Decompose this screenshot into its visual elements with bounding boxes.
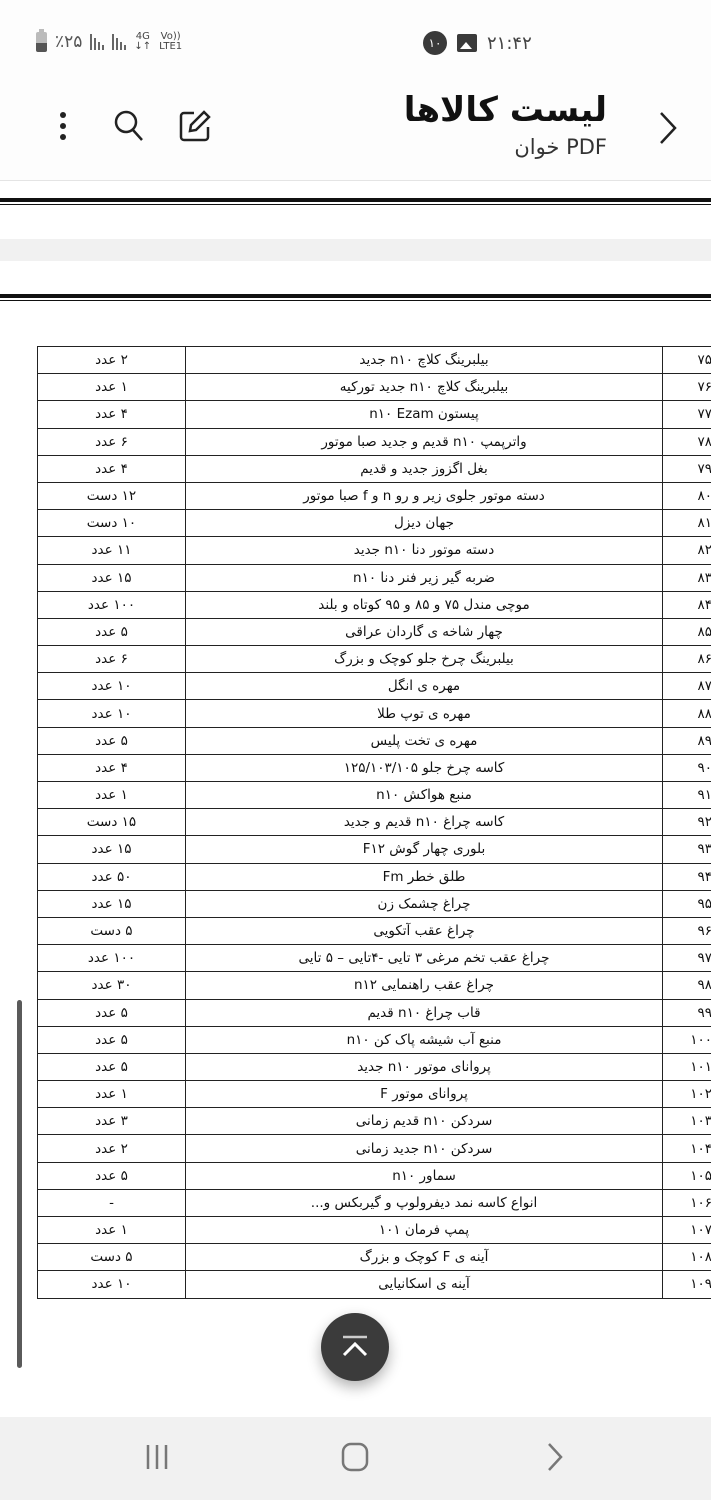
recents-button[interactable]	[132, 1437, 182, 1477]
item-description-cell: بیلبرینگ چرخ جلو کوچک و بزرگ	[186, 646, 663, 673]
quantity-cell: ۱ عدد	[38, 1217, 186, 1244]
row-number-cell: ۱۰۵	[663, 1162, 711, 1189]
item-description-cell: چراغ عقب تخم مرغی ۳ تایی -۴تایی – ۵ تایی	[186, 945, 663, 972]
search-button[interactable]	[112, 106, 146, 146]
signal-icon-2	[112, 34, 126, 50]
item-description-cell: بیلبرینگ کلاچ n۱۰ جدید	[186, 347, 663, 374]
item-description-cell: مهره ی انگل	[186, 673, 663, 700]
quantity-cell: ۴ عدد	[38, 754, 186, 781]
page-gap	[0, 239, 711, 261]
search-icon	[113, 109, 145, 143]
quantity-cell: ۶ عدد	[38, 428, 186, 455]
back-button[interactable]	[653, 108, 683, 148]
item-description-cell: سردکن n۱۰ جدید زمانی	[186, 1135, 663, 1162]
table-row: ۸۸مهره ی توپ طلا۱۰ عدد	[38, 700, 711, 727]
quantity-cell: ۱۲ دست	[38, 482, 186, 509]
row-number-cell: ۹۸	[663, 972, 711, 999]
title-block: لیست کالاها PDF خوان	[404, 88, 607, 162]
app-subtitle: PDF خوان	[404, 132, 607, 162]
table-row: ۷۶بیلبرینگ کلاچ n۱۰ جدید تورکیه۱ عدد	[38, 374, 711, 401]
page-divider-bottom	[0, 294, 711, 301]
system-nav-bar	[0, 1417, 711, 1500]
quantity-cell: ۶ عدد	[38, 646, 186, 673]
scroll-to-top-icon	[340, 1334, 370, 1360]
row-number-cell: ۸۳	[663, 564, 711, 591]
home-icon	[340, 1442, 370, 1472]
table-row: ۱۰۹آینه ی اسکانیایی۱۰ عدد	[38, 1271, 711, 1298]
quantity-cell: ۲ عدد	[38, 347, 186, 374]
item-description-cell: جهان دیزل	[186, 510, 663, 537]
row-number-cell: ۸۶	[663, 646, 711, 673]
item-description-cell: سردکن n۱۰ قدیم زمانی	[186, 1108, 663, 1135]
page-title: لیست کالاها	[404, 88, 607, 132]
table-row: ۱۰۸آینه ی F کوچک و بزرگ۵ دست	[38, 1244, 711, 1271]
quantity-cell: ۱ عدد	[38, 782, 186, 809]
table-row: ۸۳ضربه گیر زیر فنر دنا n۱۰۱۵ عدد	[38, 564, 711, 591]
table-row: ۸۹مهره ی تخت پلیس۵ عدد	[38, 727, 711, 754]
battery-icon	[36, 32, 47, 52]
page-divider-top	[0, 198, 711, 205]
table-row: ۹۴طلق خطر Fm۵۰ عدد	[38, 863, 711, 890]
goods-table-container: ۷۵بیلبرینگ کلاچ n۱۰ جدید۲ عدد۷۶بیلبرینگ …	[37, 346, 711, 1299]
item-description-cell: پمپ فرمان ۱۰۱	[186, 1217, 663, 1244]
row-number-cell: ۹۰	[663, 754, 711, 781]
row-number-cell: ۹۹	[663, 999, 711, 1026]
table-row: ۷۸واترپمپ n۱۰ قدیم و جدید صبا موتور۶ عدد	[38, 428, 711, 455]
row-number-cell: ۱۰۳	[663, 1108, 711, 1135]
quantity-cell: ۵ عدد	[38, 1162, 186, 1189]
scroll-to-top-button[interactable]	[321, 1313, 389, 1381]
quantity-cell: ۵ دست	[38, 917, 186, 944]
quantity-cell: -	[38, 1189, 186, 1216]
item-description-cell: پروانای موتور n۱۰ جدید	[186, 1053, 663, 1080]
table-row: ۱۰۵سماور n۱۰۵ عدد	[38, 1162, 711, 1189]
table-row: ۹۶چراغ عقب آتکویی۵ دست	[38, 917, 711, 944]
quantity-cell: ۵ عدد	[38, 1026, 186, 1053]
item-description-cell: چهار شاخه ی گاردان عراقی	[186, 618, 663, 645]
row-number-cell: ۱۰۱	[663, 1053, 711, 1080]
row-number-cell: ۹۵	[663, 890, 711, 917]
table-row: ۱۰۰منبع آب شیشه پاک کن n۱۰۵ عدد	[38, 1026, 711, 1053]
quantity-cell: ۱۰ عدد	[38, 700, 186, 727]
recents-icon	[143, 1443, 171, 1471]
row-number-cell: ۱۰۸	[663, 1244, 711, 1271]
quantity-cell: ۲ عدد	[38, 1135, 186, 1162]
quantity-cell: ۴ عدد	[38, 401, 186, 428]
signal-icon	[90, 34, 104, 50]
row-number-cell: ۹۱	[663, 782, 711, 809]
quantity-cell: ۱ عدد	[38, 374, 186, 401]
quantity-cell: ۱۵ عدد	[38, 890, 186, 917]
toolbar-actions	[46, 106, 212, 146]
table-row: ۸۱جهان دیزل۱۰ دست	[38, 510, 711, 537]
item-description-cell: منبع آب شیشه پاک کن n۱۰	[186, 1026, 663, 1053]
row-number-cell: ۹۲	[663, 809, 711, 836]
row-number-cell: ۸۵	[663, 618, 711, 645]
quantity-cell: ۴ عدد	[38, 455, 186, 482]
quantity-cell: ۵ عدد	[38, 999, 186, 1026]
table-row: ۸۷مهره ی انگل۱۰ عدد	[38, 673, 711, 700]
row-number-cell: ۷۸	[663, 428, 711, 455]
table-row: ۹۸چراغ عقب راهنمایی n۱۲۳۰ عدد	[38, 972, 711, 999]
row-number-cell: ۸۴	[663, 591, 711, 618]
table-row: ۸۶بیلبرینگ چرخ جلو کوچک و بزرگ۶ عدد	[38, 646, 711, 673]
table-row: ۷۵بیلبرینگ کلاچ n۱۰ جدید۲ عدد	[38, 347, 711, 374]
back-nav-button[interactable]	[530, 1437, 580, 1477]
row-number-cell: ۹۷	[663, 945, 711, 972]
item-description-cell: بیلبرینگ کلاچ n۱۰ جدید تورکیه	[186, 374, 663, 401]
row-number-cell: ۸۲	[663, 537, 711, 564]
notification-badge: ۱۰	[423, 31, 447, 55]
back-icon	[545, 1442, 565, 1472]
goods-table: ۷۵بیلبرینگ کلاچ n۱۰ جدید۲ عدد۷۶بیلبرینگ …	[37, 346, 711, 1299]
row-number-cell: ۸۱	[663, 510, 711, 537]
quantity-cell: ۱۱ عدد	[38, 537, 186, 564]
table-row: ۹۰کاسه چرخ جلو ۱۲۵/۱۰۳/۱۰۵۴ عدد	[38, 754, 711, 781]
row-number-cell: ۱۰۹	[663, 1271, 711, 1298]
quantity-cell: ۱ عدد	[38, 1081, 186, 1108]
row-number-cell: ۱۰۷	[663, 1217, 711, 1244]
item-description-cell: کاسه چرخ جلو ۱۲۵/۱۰۳/۱۰۵	[186, 754, 663, 781]
quantity-cell: ۳۰ عدد	[38, 972, 186, 999]
status-left: ٪۲۵ 4G↓↑ Vo))LTE1	[36, 32, 182, 52]
table-row: ۹۳بلوری چهار گوش F۱۲۱۵ عدد	[38, 836, 711, 863]
row-number-cell: ۸۸	[663, 700, 711, 727]
network-type: 4G↓↑	[134, 32, 151, 52]
quantity-cell: ۱۵ عدد	[38, 836, 186, 863]
quantity-cell: ۱۰۰ عدد	[38, 945, 186, 972]
clock: ۲۱:۴۲	[487, 33, 532, 54]
chevron-right-icon	[657, 110, 679, 146]
quantity-cell: ۱۰۰ عدد	[38, 591, 186, 618]
quantity-cell: ۵ عدد	[38, 618, 186, 645]
quantity-cell: ۱۰ عدد	[38, 1271, 186, 1298]
status-right: ۱۰ ۲۱:۴۲	[423, 31, 532, 55]
item-description-cell: آینه ی اسکانیایی	[186, 1271, 663, 1298]
table-row: ۹۹قاب چراغ n۱۰ قدیم۵ عدد	[38, 999, 711, 1026]
status-bar: ٪۲۵ 4G↓↑ Vo))LTE1 ۱۰ ۲۱:۴۲	[0, 0, 711, 86]
item-description-cell: طلق خطر Fm	[186, 863, 663, 890]
row-number-cell: ۱۰۶	[663, 1189, 711, 1216]
table-row: ۱۰۷پمپ فرمان ۱۰۱۱ عدد	[38, 1217, 711, 1244]
quantity-cell: ۵ دست	[38, 1244, 186, 1271]
item-description-cell: انواع کاسه نمد دیفرولوپ و گیربکس و...	[186, 1189, 663, 1216]
table-row: ۸۴موچی مندل ۷۵ و ۸۵ و ۹۵ کوتاه و بلند۱۰۰…	[38, 591, 711, 618]
item-description-cell: بغل اگزوز جدید و قدیم	[186, 455, 663, 482]
table-row: ۸۰دسته موتور جلوی زیر و رو n و f صبا موت…	[38, 482, 711, 509]
table-row: ۱۰۲پروانای موتور F۱ عدد	[38, 1081, 711, 1108]
table-row: ۹۷چراغ عقب تخم مرغی ۳ تایی -۴تایی – ۵ تا…	[38, 945, 711, 972]
app-bar: لیست کالاها PDF خوان	[0, 86, 711, 181]
row-number-cell: ۹۴	[663, 863, 711, 890]
row-number-cell: ۷۷	[663, 401, 711, 428]
item-description-cell: دسته موتور دنا n۱۰ جدید	[186, 537, 663, 564]
item-description-cell: بلوری چهار گوش F۱۲	[186, 836, 663, 863]
item-description-cell: سماور n۱۰	[186, 1162, 663, 1189]
row-number-cell: ۹۳	[663, 836, 711, 863]
home-button[interactable]	[330, 1437, 380, 1477]
scrollbar-thumb[interactable]	[17, 1000, 22, 1368]
table-row: ۱۰۱پروانای موتور n۱۰ جدید۵ عدد	[38, 1053, 711, 1080]
item-description-cell: چراغ عقب راهنمایی n۱۲	[186, 972, 663, 999]
row-number-cell: ۹۶	[663, 917, 711, 944]
quantity-cell: ۱۵ دست	[38, 809, 186, 836]
item-description-cell: چراغ عقب آتکویی	[186, 917, 663, 944]
table-row: ۷۷پیستون n۱۰ Ezam۴ عدد	[38, 401, 711, 428]
item-description-cell: کاسه چراغ n۱۰ قدیم و جدید	[186, 809, 663, 836]
quantity-cell: ۱۵ عدد	[38, 564, 186, 591]
quantity-cell: ۳ عدد	[38, 1108, 186, 1135]
table-row: ۷۹بغل اگزوز جدید و قدیم۴ عدد	[38, 455, 711, 482]
row-number-cell: ۸۷	[663, 673, 711, 700]
item-description-cell: آینه ی F کوچک و بزرگ	[186, 1244, 663, 1271]
row-number-cell: ۷۹	[663, 455, 711, 482]
item-description-cell: مهره ی تخت پلیس	[186, 727, 663, 754]
table-row: ۱۰۶انواع کاسه نمد دیفرولوپ و گیربکس و...…	[38, 1189, 711, 1216]
item-description-cell: مهره ی توپ طلا	[186, 700, 663, 727]
table-row: ۱۰۴سردکن n۱۰ جدید زمانی۲ عدد	[38, 1135, 711, 1162]
row-number-cell: ۸۰	[663, 482, 711, 509]
edit-button[interactable]	[178, 106, 212, 146]
edit-icon	[178, 109, 212, 143]
item-description-cell: قاب چراغ n۱۰ قدیم	[186, 999, 663, 1026]
quantity-cell: ۵ عدد	[38, 727, 186, 754]
item-description-cell: موچی مندل ۷۵ و ۸۵ و ۹۵ کوتاه و بلند	[186, 591, 663, 618]
quantity-cell: ۵ عدد	[38, 1053, 186, 1080]
gallery-notification-icon	[457, 34, 477, 52]
table-row: ۱۰۳سردکن n۱۰ قدیم زمانی۳ عدد	[38, 1108, 711, 1135]
table-row: ۹۵چراغ چشمک زن۱۵ عدد	[38, 890, 711, 917]
item-description-cell: چراغ چشمک زن	[186, 890, 663, 917]
row-number-cell: ۷۵	[663, 347, 711, 374]
row-number-cell: ۸۹	[663, 727, 711, 754]
row-number-cell: ۱۰۲	[663, 1081, 711, 1108]
table-row: ۹۱منبع هواکش n۱۰۱ عدد	[38, 782, 711, 809]
more-vert-icon	[59, 111, 67, 141]
more-options-button[interactable]	[46, 106, 80, 146]
volte-indicator: Vo))LTE1	[159, 32, 182, 52]
row-number-cell: ۷۶	[663, 374, 711, 401]
table-row: ۹۲کاسه چراغ n۱۰ قدیم و جدید۱۵ دست	[38, 809, 711, 836]
item-description-cell: پروانای موتور F	[186, 1081, 663, 1108]
row-number-cell: ۱۰۴	[663, 1135, 711, 1162]
table-row: ۸۲دسته موتور دنا n۱۰ جدید۱۱ عدد	[38, 537, 711, 564]
quantity-cell: ۱۰ دست	[38, 510, 186, 537]
item-description-cell: پیستون n۱۰ Ezam	[186, 401, 663, 428]
quantity-cell: ۱۰ عدد	[38, 673, 186, 700]
item-description-cell: ضربه گیر زیر فنر دنا n۱۰	[186, 564, 663, 591]
row-number-cell: ۱۰۰	[663, 1026, 711, 1053]
item-description-cell: منبع هواکش n۱۰	[186, 782, 663, 809]
battery-percent: ٪۲۵	[55, 32, 82, 52]
item-description-cell: واترپمپ n۱۰ قدیم و جدید صبا موتور	[186, 428, 663, 455]
item-description-cell: دسته موتور جلوی زیر و رو n و f صبا موتور	[186, 482, 663, 509]
quantity-cell: ۵۰ عدد	[38, 863, 186, 890]
table-row: ۸۵چهار شاخه ی گاردان عراقی۵ عدد	[38, 618, 711, 645]
